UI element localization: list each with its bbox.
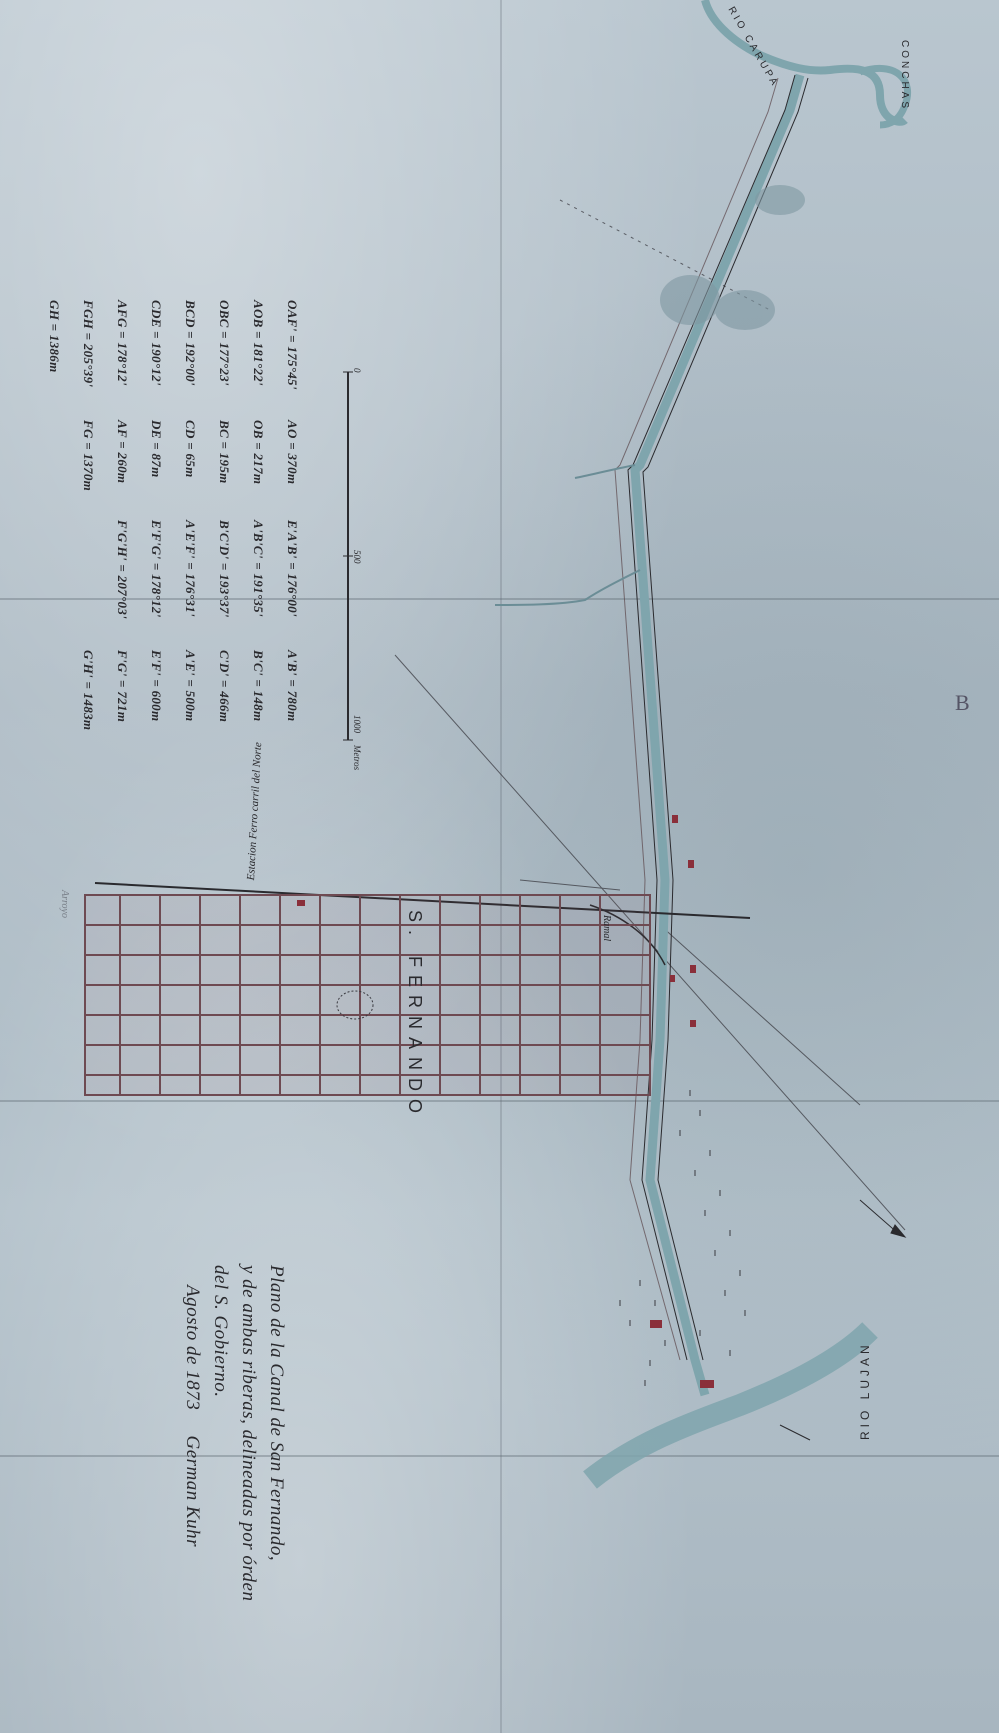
sheet-mark: B <box>955 690 970 716</box>
signature: German Kuhr <box>182 1435 203 1547</box>
table-row: AFG = 178°12'AF = 260mF'G'H' = 207°03'F'… <box>114 300 130 730</box>
river-lujan-label: RIO LUJAN <box>858 1341 872 1440</box>
table-row: OAF' = 175°45'AO = 370mE'A'B' = 176°00'A… <box>284 300 300 730</box>
map-drawing <box>0 0 999 1733</box>
table-row: AOB = 181°22'OB = 217mA'B'C' = 191°35'B'… <box>250 300 266 730</box>
table-row: FGH = 205°39'FG = 1370mG'H' = 1483m <box>80 300 96 730</box>
scale-label-0: 0 <box>352 368 362 373</box>
scale-label-500: 500 <box>352 550 362 564</box>
arrow-lujan-icon <box>780 1425 810 1440</box>
table-row: OBC = 177°23'BC = 195mB'C'D' = 193°37'C'… <box>216 300 232 730</box>
map-sheet: OAF' = 175°45'AO = 370mE'A'B' = 176°00'A… <box>0 0 999 1733</box>
town-label: S. FERNANDO <box>404 910 425 1121</box>
map-date: Agosto de 1873 <box>182 1285 203 1410</box>
scale-label-1000: 1000 <box>352 715 362 733</box>
table-row: GH = 1386m <box>46 300 62 730</box>
river-conchas-label: CONCHAS <box>899 40 910 111</box>
branch-label: Ramal <box>601 915 612 941</box>
survey-table: OAF' = 175°45'AO = 370mE'A'B' = 176°00'A… <box>46 300 300 730</box>
scale-unit: Metros <box>352 745 362 770</box>
table-row: BCD = 192°00'CD = 65mA'E'F' = 176°31'A'E… <box>182 300 198 730</box>
margin-notes: Arroyo <box>59 890 70 918</box>
table-row: CDE = 190°12'DE = 87mE'F'G' = 178°12'E'F… <box>148 300 164 730</box>
north-arrow-icon <box>860 1200 905 1237</box>
canal-san-fernando <box>635 75 800 1395</box>
map-title: Plano de la Canal de San Fernando, y de … <box>178 1265 290 1601</box>
